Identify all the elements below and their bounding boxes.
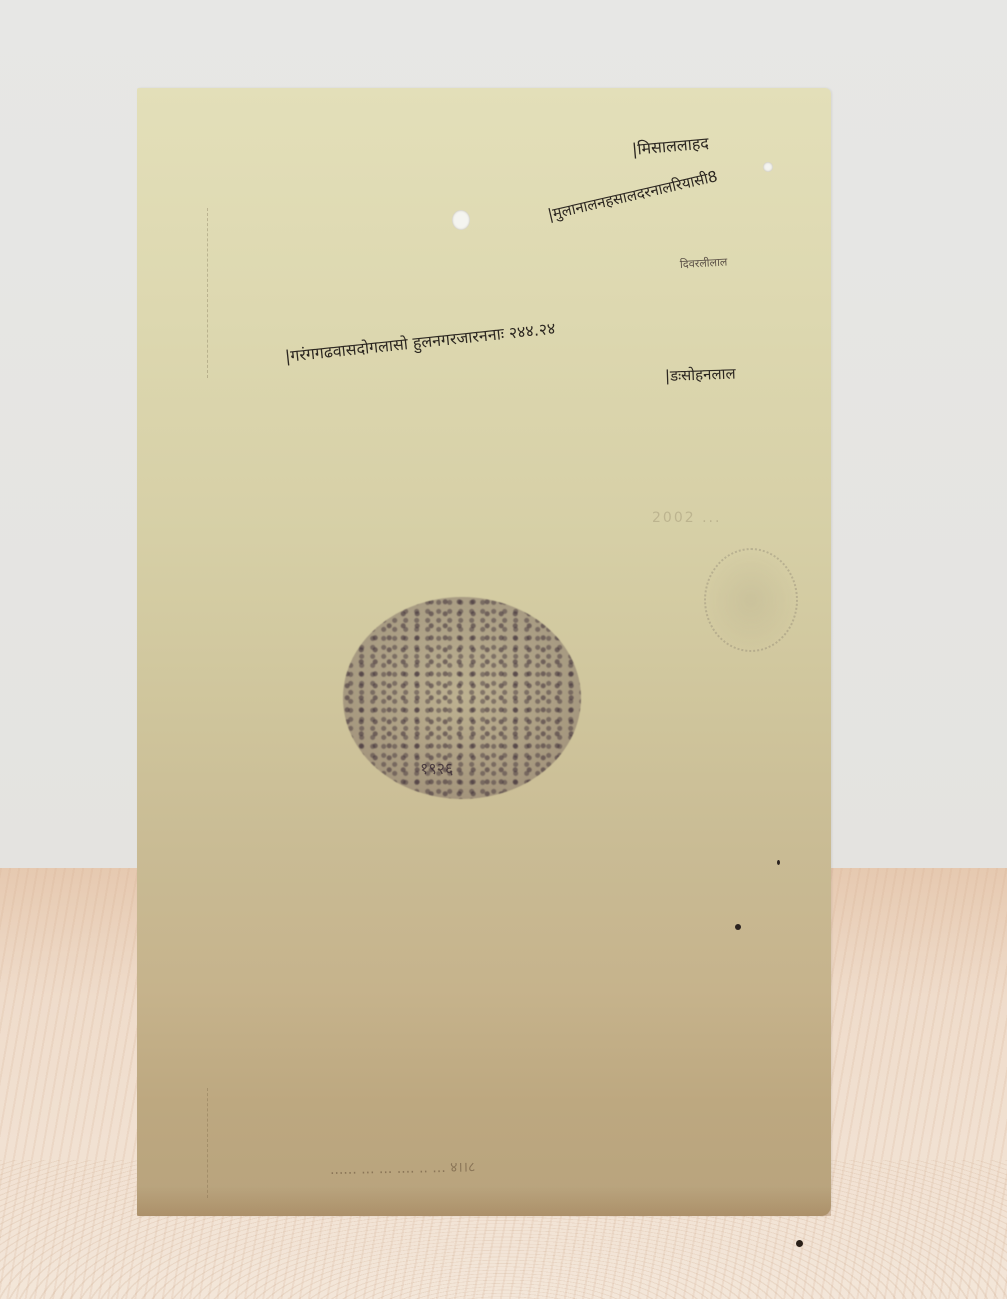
handwritten-line-3: दिवरलीलाल	[680, 255, 728, 272]
ink-spot	[735, 924, 741, 930]
seal-date-text: १९२६	[420, 757, 453, 779]
ink-spot-small	[777, 860, 780, 865]
fold-line	[207, 208, 208, 378]
stained-bottom-edge	[137, 1186, 831, 1216]
fold-line-bottom	[207, 1088, 208, 1198]
show-through-number: 2002 ...	[652, 510, 721, 526]
punch-hole-right	[763, 162, 773, 172]
wood-knot	[796, 1240, 803, 1247]
faint-bottom-text: ...... ... ... .... .. ... ४।।८	[330, 1157, 476, 1179]
handwritten-signature: |डःसोहनलाल	[665, 364, 736, 386]
faint-show-through-seal	[704, 548, 798, 652]
punch-hole-left	[452, 210, 470, 230]
ink-seal-stamp	[343, 597, 581, 799]
